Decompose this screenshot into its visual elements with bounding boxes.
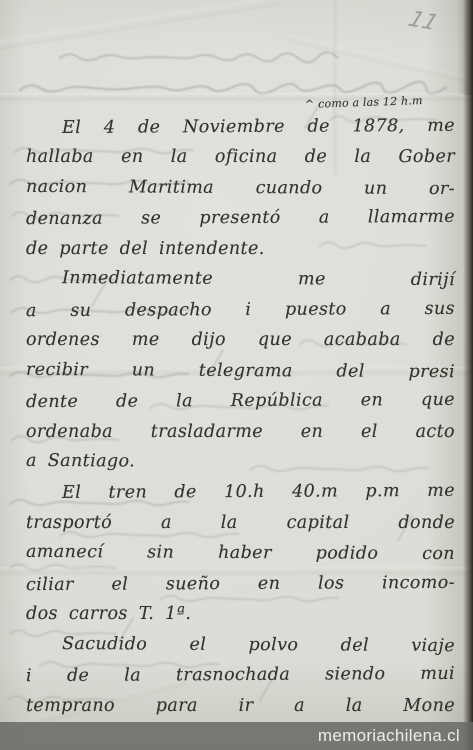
interlinear-note: ^ como a las 12 h.m [305,94,423,111]
handwriting-line: amanecí sin haber podido con [26,537,455,570]
manuscript-scan: 11 ^ como a las 12 h.m El 4 de Noviembre… [0,0,473,750]
handwriting-line: nacion Maritima cuando un or- [26,172,455,205]
handwriting-line: ciliar el sueño en los incomo- [26,568,455,601]
handwriting-line: de parte del intendente. [26,234,455,264]
handwriting-line: Inmediatamente me dirijí [26,263,455,296]
watermark-text: memoriachilena.cl [0,722,473,750]
handwriting-line: temprano para ir a la Mone [26,691,455,721]
fold-crease-diagonal [0,0,279,54]
handwriting-line: a su despacho i puesto a sus [26,294,455,327]
handwriting-line: El 4 de Noviembre de 1878, me [26,111,455,144]
handwriting-line: i de la trasnochada siendo mui [26,659,455,692]
fold-crease-diagonal [287,34,473,98]
handwriting-line: a Santiago. [26,446,455,479]
pencil-page-number: 11 [404,7,441,36]
handwriting-line: recibir un telegrama del presi [26,355,455,388]
scan-edge-corner [457,0,473,95]
handwriting-line: ordenes me dijo que acababa de [26,325,455,355]
handwriting-line: trasportó a la capital donde [26,508,455,538]
scan-edge-shadow [463,0,473,750]
watermark-bar: memoriachilena.cl [0,722,473,750]
handwriting-line: hallaba en la oficina de la Gober [26,142,455,172]
handwriting-line: dos carros T. 1ª. [26,599,455,629]
letter-body: El 4 de Noviembre de 1878, mehallaba en … [26,112,455,721]
handwriting-line: ordenaba trasladarme en el acto [26,417,455,447]
handwriting-line: dente de la República en que [26,385,455,418]
handwriting-line: El tren de 10.h 40.m p.m me [26,476,455,509]
handwriting-line: Sacudido el polvo del viaje [26,629,455,662]
handwriting-line: denanza se presentó a llamarme [26,202,455,235]
